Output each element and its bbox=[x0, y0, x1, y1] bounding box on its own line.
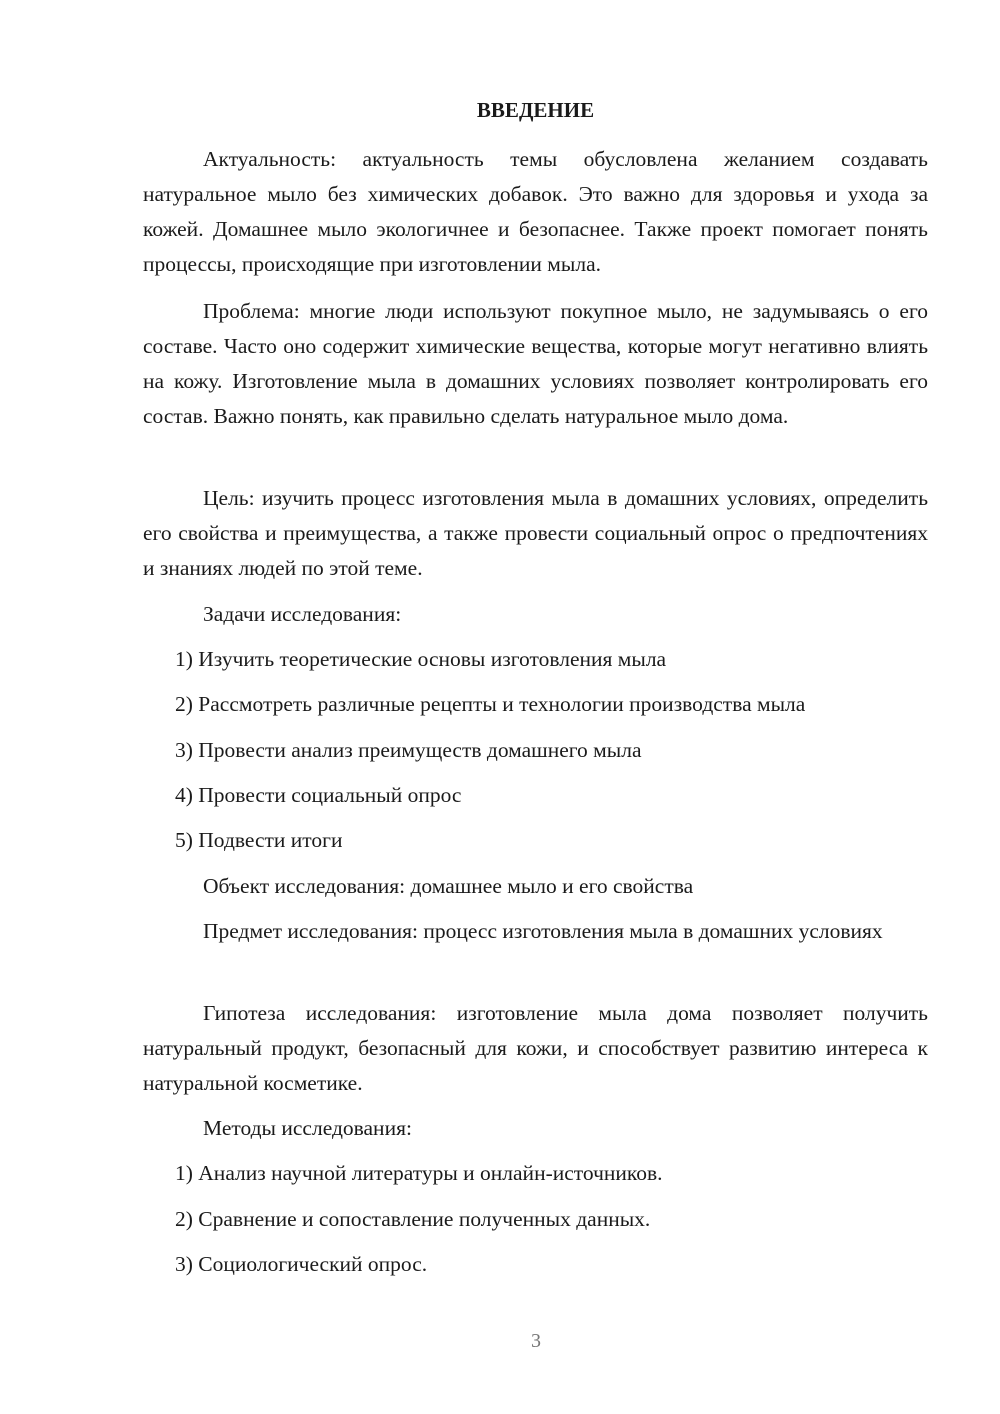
object-line: Объект исследования: домашнее мыло и его… bbox=[143, 869, 928, 904]
task-item: 4) Провести социальный опрос bbox=[175, 778, 461, 813]
tasks-heading: Задачи исследования: bbox=[143, 597, 928, 632]
method-item: 3) Социологический опрос. bbox=[175, 1247, 427, 1282]
goal-paragraph: Цель: изучить процесс изготовления мыла … bbox=[143, 481, 928, 586]
method-item: 1) Анализ научной литературы и онлайн-ис… bbox=[175, 1156, 663, 1191]
hypothesis-paragraph: Гипотеза исследования: изготовление мыла… bbox=[143, 996, 928, 1101]
page-number: 3 bbox=[0, 1330, 1000, 1353]
problem-paragraph: Проблема: многие люди используют покупно… bbox=[143, 294, 928, 434]
section-title: ВВЕДЕНИЕ bbox=[143, 93, 928, 128]
task-item: 1) Изучить теоретические основы изготовл… bbox=[175, 642, 666, 677]
relevance-paragraph: Актуальность: актуальность темы обусловл… bbox=[143, 142, 928, 282]
method-item: 2) Сравнение и сопоставление полученных … bbox=[175, 1202, 650, 1237]
subject-paragraph: Предмет исследования: процесс изготовлен… bbox=[143, 914, 928, 949]
task-item: 2) Рассмотреть различные рецепты и техно… bbox=[175, 687, 805, 722]
methods-heading: Методы исследования: bbox=[143, 1111, 928, 1146]
task-item: 5) Подвести итоги bbox=[175, 823, 343, 858]
task-item: 3) Провести анализ преимуществ домашнего… bbox=[175, 733, 642, 768]
